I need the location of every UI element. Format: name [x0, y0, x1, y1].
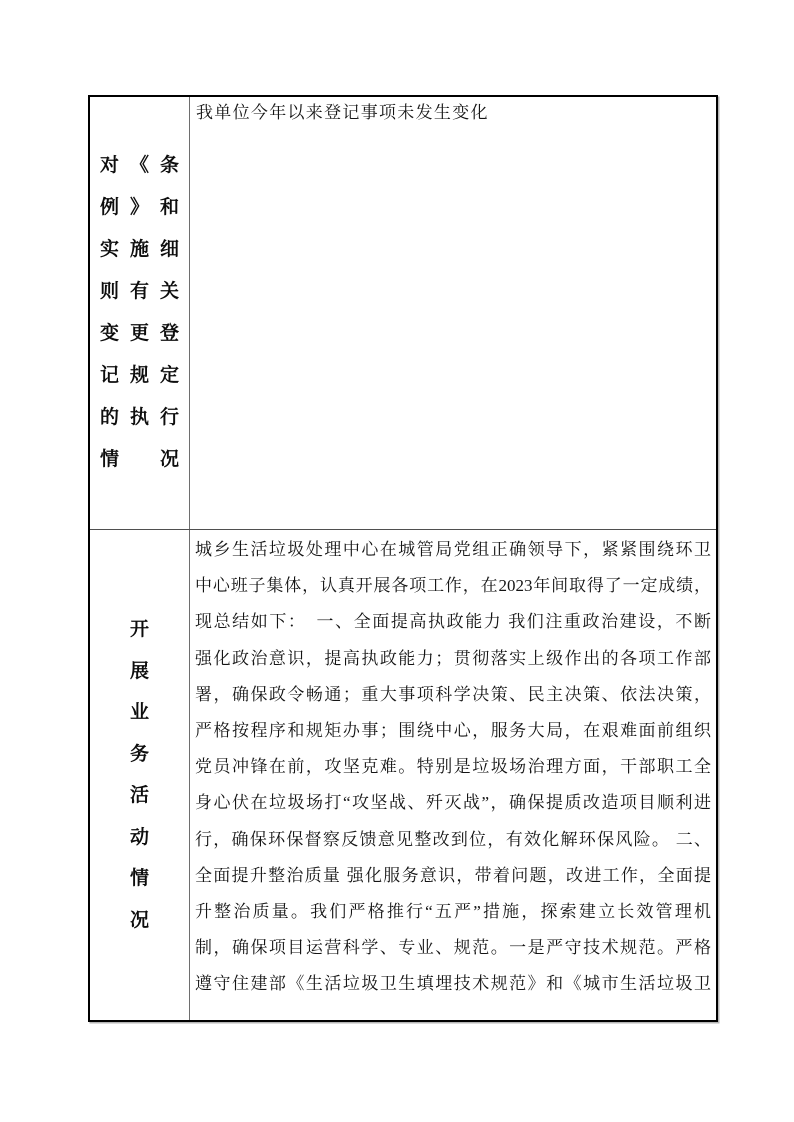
table-row-business-activities: 开 展 业 务 活 动 情 况 城乡生活垃圾处理中心在城管局党组正确领导下，紧紧… [90, 530, 716, 1020]
table-row-change-registration: 对《条 例》和 实施细 则有关 变更登 记规定 的执行 情 况 我单位今年以来登… [90, 97, 716, 530]
row-label-change-registration-compliance: 对《条 例》和 实施细 则有关 变更登 记规定 的执行 情 况 [90, 145, 189, 481]
change-registration-statement: 我单位今年以来登记事项未发生变化 [190, 97, 716, 128]
row-label-cell-change-registration: 对《条 例》和 实施细 则有关 变更登 记规定 的执行 情 况 [90, 97, 190, 529]
row-label-business-activities: 开 展 业 务 活 动 情 况 [90, 609, 189, 941]
business-activities-summary: 城乡生活垃圾处理中心在城管局党组正确领导下，紧紧围绕环卫 中心班子集体，认真开展… [190, 530, 716, 1003]
document-page: 对《条 例》和 实施细 则有关 变更登 记规定 的执行 情 况 我单位今年以来登… [0, 0, 794, 1122]
row-content-cell-change-registration: 我单位今年以来登记事项未发生变化 [190, 97, 716, 529]
registration-report-table: 对《条 例》和 实施细 则有关 变更登 记规定 的执行 情 况 我单位今年以来登… [88, 95, 718, 1022]
row-label-cell-business-activities: 开 展 业 务 活 动 情 况 [90, 530, 190, 1020]
row-content-cell-business-activities: 城乡生活垃圾处理中心在城管局党组正确领导下，紧紧围绕环卫 中心班子集体，认真开展… [190, 530, 716, 1020]
